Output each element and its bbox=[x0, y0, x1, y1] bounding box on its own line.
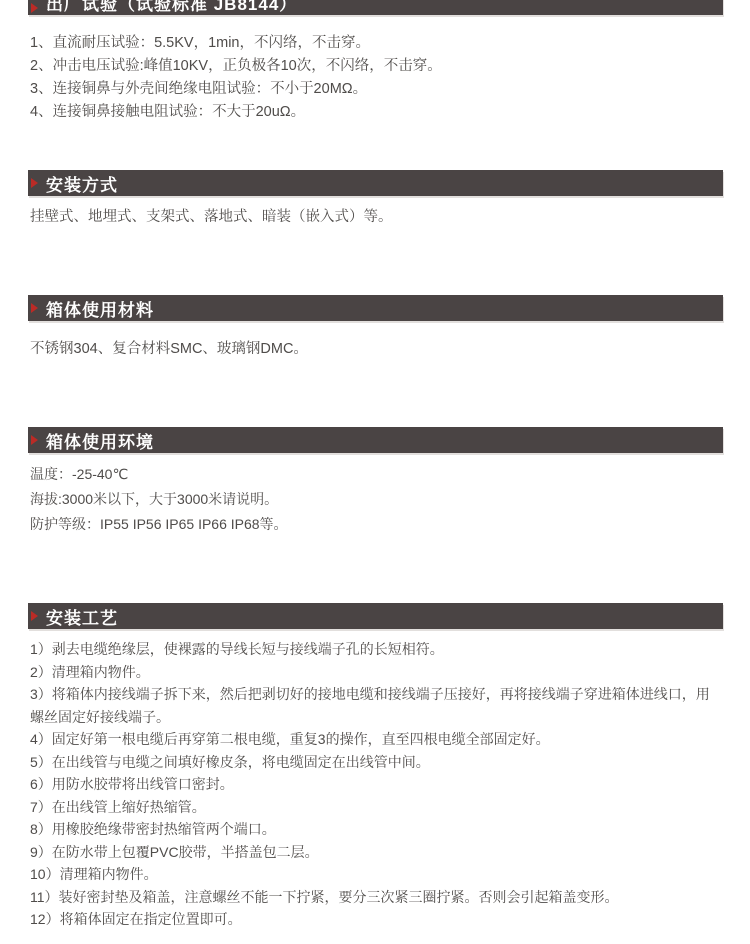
body-line: 12）将箱体固定在指定位置即可。 bbox=[28, 908, 723, 931]
body-line: 不锈钢304、复合材料SMC、玻璃钢DMC。 bbox=[28, 338, 723, 361]
body-line: 2）清理箱内物件。 bbox=[28, 661, 723, 684]
body-line: 挂壁式、地埋式、支架式、落地式、暗装（嵌入式）等。 bbox=[28, 206, 723, 229]
body-line: 10）清理箱内物件。 bbox=[28, 863, 723, 886]
section-marker-icon bbox=[31, 178, 38, 188]
body-line: 4）固定好第一根电缆后再穿第二根电缆，重复3的操作，直至四根电缆全部固定好。 bbox=[28, 728, 723, 751]
section-marker-icon bbox=[31, 611, 38, 621]
body-line: 11）装好密封垫及箱盖，注意螺丝不能一下拧紧，要分三次紧三圈拧紧。否则会引起箱盖… bbox=[28, 886, 723, 909]
section-header-bar: 安装工艺 bbox=[28, 603, 723, 629]
section-header-bar: 安装方式 bbox=[28, 170, 723, 196]
section-body: 不锈钢304、复合材料SMC、玻璃钢DMC。 bbox=[28, 338, 723, 361]
section-marker-icon bbox=[31, 435, 38, 445]
section-header-bar: 出厂试验（试验标准 JB8144） bbox=[28, 0, 723, 15]
page-root: 出厂试验（试验标准 JB8144） 1、直流耐压试验：5.5KV，1min，不闪… bbox=[0, 0, 750, 944]
body-line: 温度：-25-40℃ bbox=[28, 462, 723, 487]
body-line: 防护等级：IP55 IP56 IP65 IP66 IP68等。 bbox=[28, 512, 723, 537]
section-header-bar: 箱体使用环境 bbox=[28, 427, 723, 453]
body-line: 1、直流耐压试验：5.5KV，1min，不闪络，不击穿。 bbox=[28, 32, 723, 55]
section-body: 1）剥去电缆绝缘层，使裸露的导线长短与接线端子孔的长短相符。 2）清理箱内物件。… bbox=[28, 638, 723, 931]
section-body: 1、直流耐压试验：5.5KV，1min，不闪络，不击穿。 2、冲击电压试验:峰值… bbox=[28, 32, 723, 124]
body-line: 3、连接铜鼻与外壳间绝缘电阻试验：不小于20MΩ。 bbox=[28, 78, 723, 101]
body-line: 8）用橡胶绝缘带密封热缩管两个端口。 bbox=[28, 818, 723, 841]
section-title: 安装方式 bbox=[46, 171, 118, 196]
section-marker-icon bbox=[31, 3, 38, 13]
section-header-bar: 箱体使用材料 bbox=[28, 295, 723, 321]
section-title: 箱体使用材料 bbox=[46, 296, 154, 321]
body-line: 5）在出线管与电缆之间填好橡皮条，将电缆固定在出线管中间。 bbox=[28, 751, 723, 774]
body-line: 2、冲击电压试验:峰值10KV，正负极各10次，不闪络，不击穿。 bbox=[28, 55, 723, 78]
section-title: 出厂试验（试验标准 JB8144） bbox=[46, 0, 297, 15]
body-line: 3）将箱体内接线端子拆下来，然后把剥切好的接地电缆和接线端子压接好，再将接线端子… bbox=[28, 683, 723, 728]
body-line: 9）在防水带上包覆PVC胶带，半搭盖包二层。 bbox=[28, 841, 723, 864]
body-line: 1）剥去电缆绝缘层，使裸露的导线长短与接线端子孔的长短相符。 bbox=[28, 638, 723, 661]
section-marker-icon bbox=[31, 303, 38, 313]
body-line: 7）在出线管上缩好热缩管。 bbox=[28, 796, 723, 819]
section-body: 温度：-25-40℃ 海拔:3000米以下，大于3000米请说明。 防护等级：I… bbox=[28, 462, 723, 537]
body-line: 4、连接铜鼻接触电阻试验：不大于20uΩ。 bbox=[28, 101, 723, 124]
section-title: 箱体使用环境 bbox=[46, 428, 154, 453]
body-line: 海拔:3000米以下，大于3000米请说明。 bbox=[28, 487, 723, 512]
section-body: 挂壁式、地埋式、支架式、落地式、暗装（嵌入式）等。 bbox=[28, 206, 723, 229]
body-line: 6）用防水胶带将出线管口密封。 bbox=[28, 773, 723, 796]
section-title: 安装工艺 bbox=[46, 604, 118, 629]
